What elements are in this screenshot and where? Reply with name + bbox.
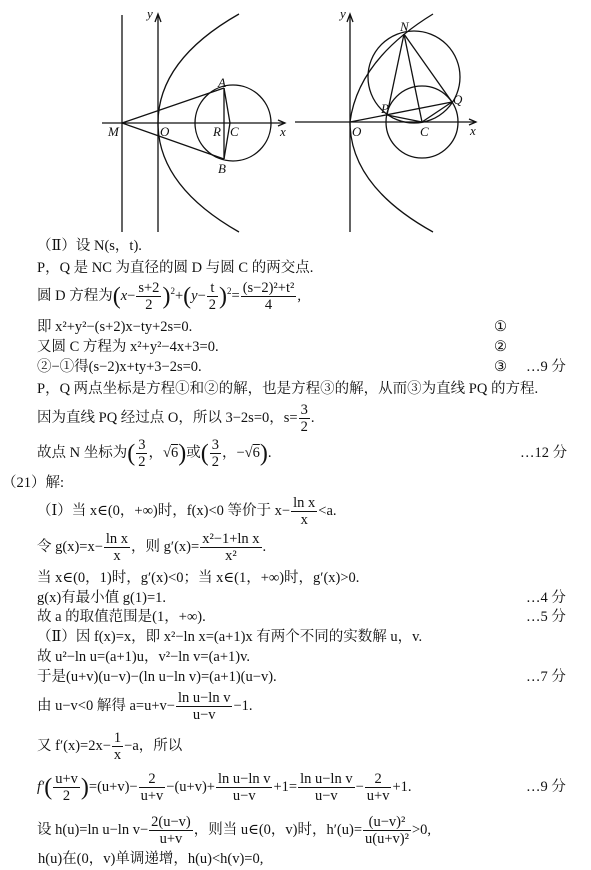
score-mark: …12 分: [520, 444, 567, 462]
svg-text:Q: Q: [453, 92, 463, 107]
text-line: （Ⅰ）当 x∈(0，+∞)时，f(x)<0 等价于 x−ln xx<a.: [37, 494, 337, 528]
text-line: 即 x²+y²−(s+2)x−ty+2s=0.: [37, 318, 192, 336]
equation-tag: ③: [494, 358, 507, 376]
text-line: P，Q 两点坐标是方程①和②的解，也是方程③的解，从而③为直线 PQ 的方程.: [37, 380, 538, 398]
text-line: 于是(u+v)(u−v)−(ln u−ln v)=(a+1)(u−v).: [37, 668, 277, 686]
text-line: 由 u−v<0 解得 a=u+v−ln u−ln vu−v−1.: [37, 689, 253, 723]
question-header: （21）解:: [2, 474, 64, 492]
svg-text:N: N: [399, 19, 410, 34]
text-line: h(u)在(0，v)单调递增，h(u)<h(v)=0,: [38, 850, 263, 868]
score-mark: …9 分: [526, 358, 566, 376]
svg-text:O: O: [160, 124, 170, 139]
text-line: 令 g(x)=x−ln xx，则 g′(x)=x²−1+ln xx².: [37, 530, 266, 564]
score-mark: …9 分: [526, 778, 566, 796]
svg-text:P: P: [380, 101, 389, 116]
svg-text:B: B: [218, 161, 226, 176]
text-line: （Ⅱ）设 N(s，t).: [37, 237, 142, 255]
text-line: ②−①得(s−2)x+ty+3−2s=0.: [37, 358, 202, 376]
svg-text:y: y: [338, 6, 346, 21]
score-mark: …7 分: [526, 668, 566, 686]
text-line: 又圆 C 方程为 x²+y²−4x+3=0.: [37, 338, 219, 356]
tangent-ma: [122, 88, 224, 123]
svg-text:y: y: [145, 6, 153, 21]
svg-text:M: M: [107, 124, 120, 139]
score-mark: …4 分: [526, 589, 566, 607]
equation-tag: ①: [494, 318, 507, 336]
equation-circle-d: 圆 D 方程为(x−s+22)2+(y−t2)2=(s−2)²+t²4,: [37, 279, 301, 313]
text-line: 因为直线 PQ 经过点 O，所以 3−2s=0，s=32.: [37, 401, 314, 435]
text-line: 故 u²−ln u=(a+1)u，v²−ln v=(a+1)v.: [37, 648, 250, 666]
svg-text:C: C: [230, 124, 239, 139]
figure-right-circles: y x N P Q O C: [290, 0, 490, 235]
text-line: 设 h(u)=ln u−ln v−2(u−v)u+v，则当 u∈(0，v)时，h…: [37, 813, 431, 847]
text-line: g(x)有最小值 g(1)=1.: [37, 589, 166, 607]
svg-text:A: A: [217, 75, 226, 90]
equation-tag: ②: [494, 338, 507, 356]
score-mark: …5 分: [526, 608, 566, 626]
svg-text:C: C: [420, 124, 429, 139]
equation-f-prime: f′(u+v2)=(u+v)−2u+v−(u+v)+ln u−ln vu−v+1…: [37, 770, 412, 804]
text-line: （Ⅱ）因 f(x)=x，即 x²−ln x=(a+1)x 有两个不同的实数解 u…: [37, 628, 422, 646]
figure-left-parabola-tangents: y x M O R C A B: [90, 0, 300, 235]
tangent-mb: [122, 123, 224, 159]
text-line: 又 f′(x)=2x−1x−a，所以: [37, 729, 182, 763]
svg-text:R: R: [212, 124, 221, 139]
text-line: 故点 N 坐标为(32，√6)或(32，−√6).: [37, 436, 271, 470]
svg-text:O: O: [352, 124, 362, 139]
svg-text:x: x: [469, 123, 476, 138]
line-np: [387, 34, 404, 115]
text-line: 故 a 的取值范围是(1，+∞).: [37, 608, 206, 626]
svg-text:x: x: [279, 124, 286, 139]
text-line: P，Q 是 NC 为直径的圆 D 与圆 C 的两交点.: [37, 259, 313, 277]
text-line: 当 x∈(0，1)时，g′(x)<0；当 x∈(1，+∞)时，g′(x)>0.: [37, 569, 359, 587]
